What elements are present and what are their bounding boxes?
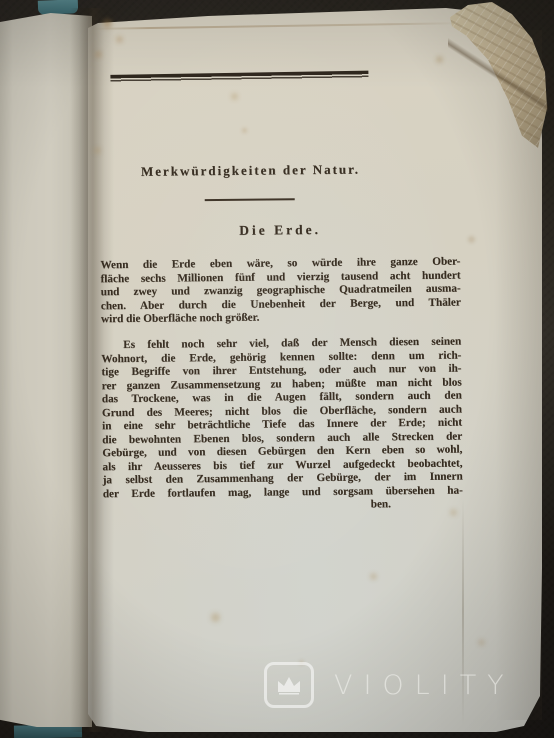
- chapter-title: Die Erde.: [100, 220, 460, 240]
- book-cover-edge-top: [38, 0, 78, 15]
- foxing-stains: [0, 0, 3, 3]
- crown-icon: [264, 662, 314, 708]
- short-divider-rule: [205, 198, 295, 201]
- facing-blank-page: [0, 13, 92, 727]
- paragraph-2: Es fehlt noch sehr viel, daß der Mensch …: [101, 335, 463, 514]
- printed-content: Merkwürdigkeiten der Natur. Die Erde. We…: [86, 6, 548, 735]
- text-line: wird die Oberfläche noch größer.: [101, 309, 461, 326]
- paragraph-1: Wenn die Erde eben wäre, so würde ihre g…: [100, 255, 461, 326]
- watermark: VIOLITY: [264, 662, 515, 708]
- series-header: Merkwürdigkeiten der Natur.: [99, 160, 459, 180]
- watermark-brand: VIOLITY: [334, 670, 515, 701]
- thick-divider-rule: [110, 71, 368, 82]
